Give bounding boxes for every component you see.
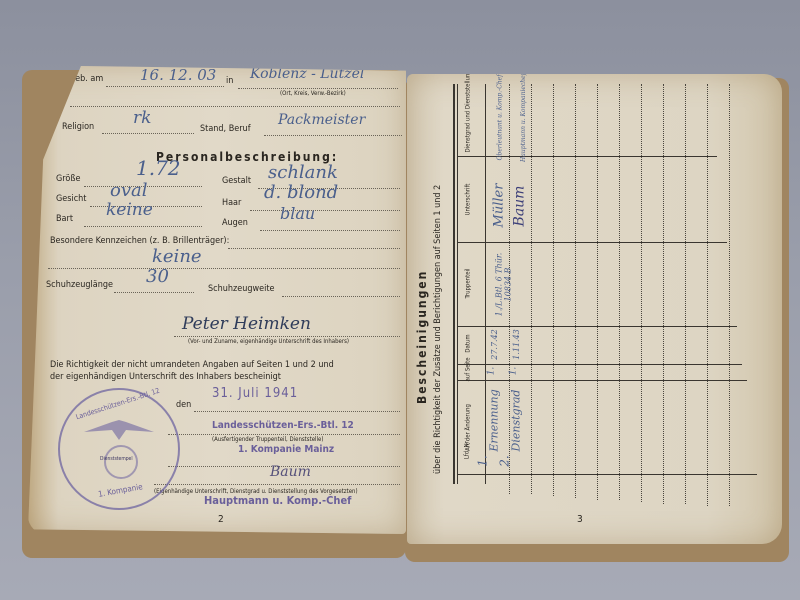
religion-label: Religion (62, 122, 94, 132)
certification-line-2: der eigenhändigen Unterschrift des Inhab… (50, 372, 281, 382)
left-page: geb. am 16. 12. 03 in Koblenz - Lützel (… (28, 66, 406, 534)
col-header-rank: Dienstgrad und Dienststellung (465, 83, 472, 153)
height-label: Größe (56, 174, 80, 184)
face-value: oval (110, 180, 148, 201)
right-page: Bescheinigungen über die Richtigkeit der… (407, 74, 782, 544)
row-2-signature: Baum (511, 186, 527, 227)
face-label: Gesicht (56, 194, 87, 204)
row-2-page: 1. (508, 367, 518, 376)
row-2-no: 2. (498, 455, 512, 466)
marks-label: Besondere Kennzeichen (z. B. Brillenträg… (50, 236, 229, 246)
wreath-emblem-icon (104, 445, 138, 479)
religion-value: rk (133, 108, 151, 128)
shoe-width-label: Schuhzeugweite (208, 284, 275, 294)
page-number-right: 3 (577, 514, 583, 525)
stamp-center-text: Dienststempel (100, 456, 133, 462)
row-2-rank: Hauptmann u. Kompaniechef (520, 74, 527, 162)
officer-title: Hauptmann u. Komp.-Chef (204, 494, 351, 507)
place-hint: (Ort, Kreis, Verw.-Bezirk) (280, 90, 346, 97)
unit-hint: (Ausfertigender Truppenteil, Dienststell… (212, 436, 323, 443)
row-1-unit: 1./L.Btl. 6 Thür. (494, 253, 503, 317)
stamp-ring-bottom: 1. Kompanie (98, 482, 144, 499)
col-header-date: Datum (465, 329, 472, 359)
date-value: 31. Juli 1941 (212, 386, 298, 401)
col-header-page: auf Seite (465, 355, 472, 385)
eyes-value: blau (280, 204, 315, 223)
company-value: 1. Kompanie Mainz (238, 444, 334, 455)
born-value: 16. 12. 03 (140, 66, 216, 84)
birthplace-value: Koblenz - Lützel (250, 66, 364, 82)
right-page-title: Bescheinigungen (415, 270, 429, 404)
signature-hint: (Vor- und Zuname, eigenhändige Unterschr… (188, 338, 349, 345)
officer-signature: Baum (270, 464, 311, 480)
hair-label: Haar (222, 198, 241, 208)
occupation-value: Packmeister (278, 112, 365, 128)
row-1-no: 1. (476, 455, 490, 466)
row-2-date: 1.11.43 (512, 329, 521, 360)
beard-value: keine (106, 200, 153, 220)
marks-value: keine (152, 246, 202, 267)
col-header-signature: Unterschrift (465, 175, 472, 225)
eyes-label: Augen (222, 218, 248, 228)
col-header-change: Art der Änderung (465, 403, 472, 453)
height-value: 1.72 (136, 156, 181, 180)
row-2-unit: 10834 B (503, 268, 512, 302)
row-2-change: Dienstgrad (509, 390, 522, 452)
row-1-rank: Oberleutnant u. Komp.-Chef (496, 75, 503, 161)
page-number-left: 2 (218, 514, 224, 525)
row-1-change: Ernennung (488, 389, 501, 451)
in-label: in (226, 76, 233, 86)
build-value: schlank (268, 162, 338, 183)
official-stamp: Landesschützen-Ers.-Btl. 12 Dienststempe… (58, 388, 180, 510)
stamp-ring-top: Landesschützen-Ers.-Btl. 12 (75, 387, 161, 422)
row-1-page: 1. (486, 367, 496, 376)
unit-value: Landesschützen-Ers.-Btl. 12 (212, 420, 354, 431)
build-label: Gestalt (222, 176, 251, 186)
beard-label: Bart (56, 214, 73, 224)
eagle-emblem-icon (84, 420, 154, 440)
certification-line-1: Die Richtigkeit der nicht umrandeten Ang… (50, 360, 334, 370)
holder-signature: Peter Heimken (182, 314, 311, 334)
shoe-length-value: 30 (146, 266, 169, 287)
shoe-length-label: Schuhzeuglänge (46, 280, 113, 290)
table-header-divider (485, 84, 486, 484)
date-label: den (176, 400, 191, 410)
hair-value: d. blond (264, 182, 338, 203)
row-1-date: 27.7.42 (490, 329, 499, 360)
right-page-subtitle: über die Richtigkeit der Zusätze und Ber… (433, 185, 443, 474)
row-1-signature: Müller (491, 184, 506, 228)
occupation-label: Stand, Beruf (200, 124, 251, 134)
col-header-unit: Truppenteil (465, 259, 472, 309)
table-border-left (453, 84, 455, 484)
